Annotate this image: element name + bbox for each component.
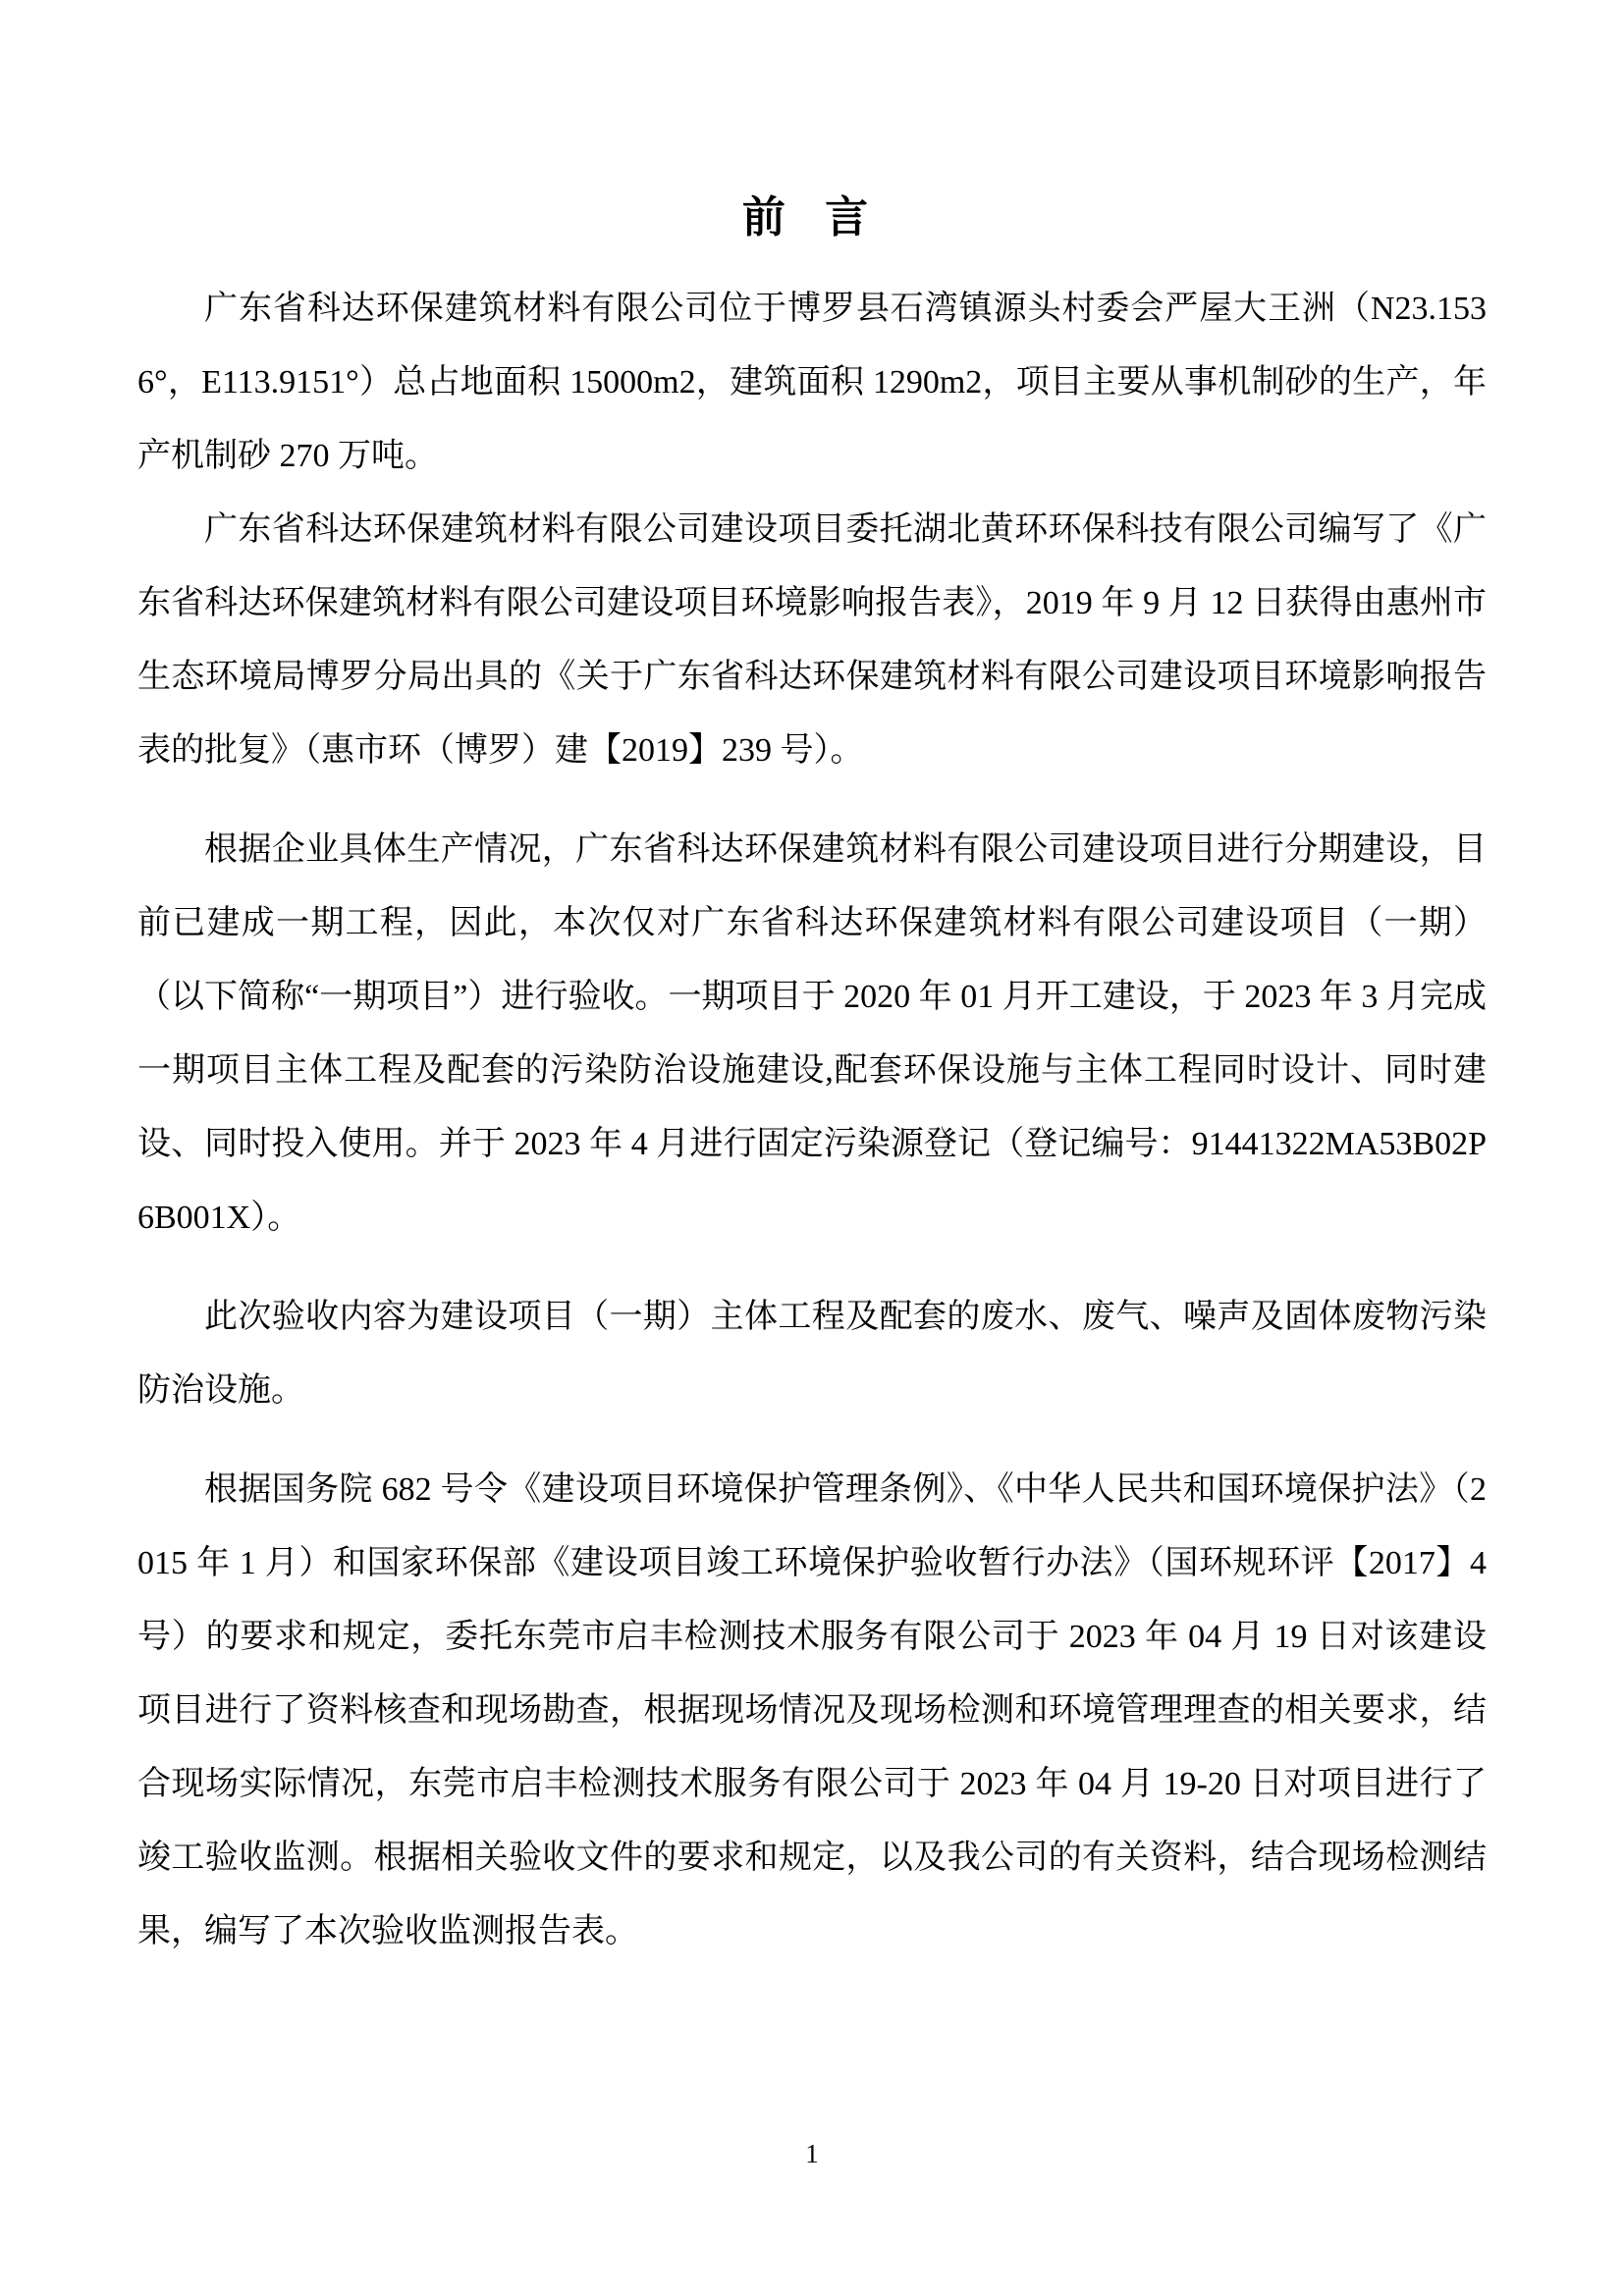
body-paragraph-5: 根据国务院 682 号令《建设项目环境保护管理条例》、《中华人民共和国环境保护法…	[137, 1453, 1487, 1968]
page-footer: 1	[0, 2129, 1624, 2296]
page-title: 前 言	[137, 182, 1487, 244]
body-paragraph-2: 广东省科达环保建筑材料有限公司建设项目委托湖北黄环环保科技有限公司编写了《广东省…	[137, 493, 1487, 787]
document-page: 前 言 广东省科达环保建筑材料有限公司位于博罗县石湾镇源头村委会严屋大王洲（N2…	[0, 0, 1624, 2296]
body-paragraph-3: 根据企业具体生产情况，广东省科达环保建筑材料有限公司建设项目进行分期建设，目前已…	[137, 813, 1487, 1255]
body-paragraph-1: 广东省科达环保建筑材料有限公司位于博罗县石湾镇源头村委会严屋大王洲（N23.15…	[137, 272, 1487, 493]
body-paragraph-4: 此次验收内容为建设项目（一期）主体工程及配套的废水、废气、噪声及固体废物污染防治…	[137, 1280, 1487, 1427]
page-number: 1	[805, 2139, 819, 2169]
